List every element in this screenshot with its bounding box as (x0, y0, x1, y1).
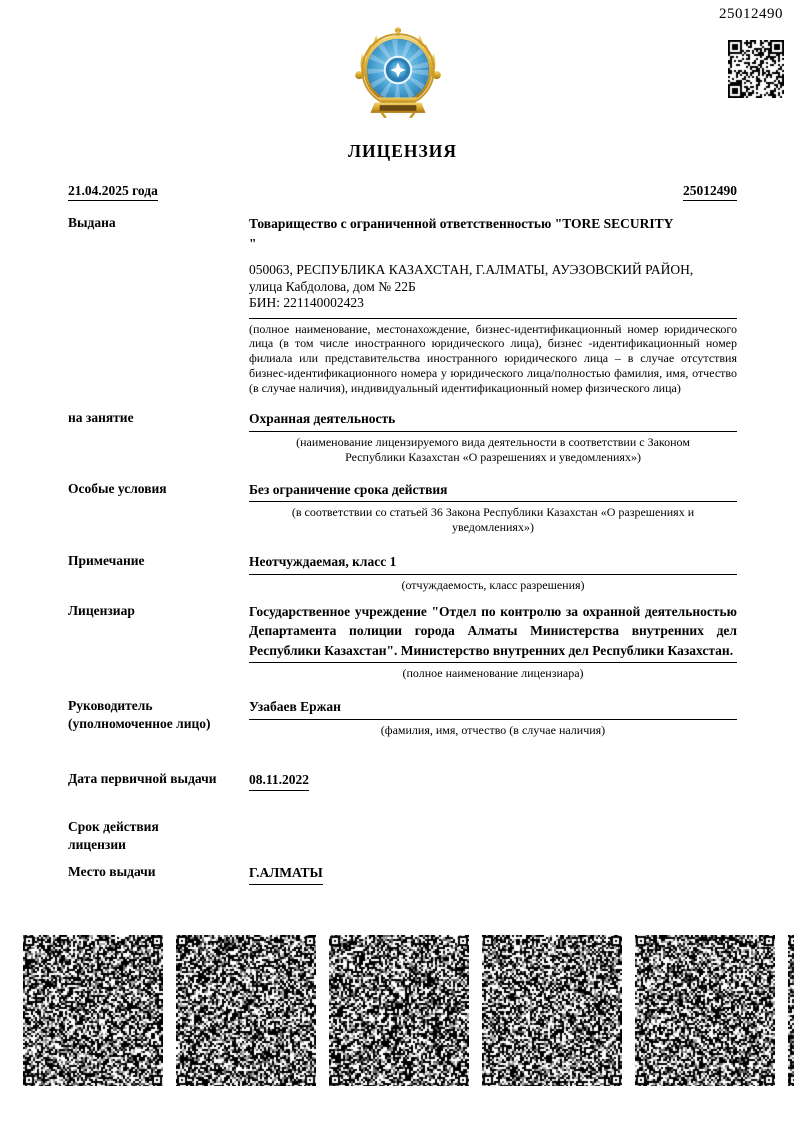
licensor-value: Государственное учреждение "Отдел по кон… (249, 602, 737, 664)
field-label: Примечание (68, 552, 249, 593)
signature-barcode-block-1 (23, 935, 163, 1086)
validity-label-line2: лицензии (68, 836, 239, 854)
field-activity: на занятие Охранная деятельность (наимен… (68, 409, 737, 465)
field-label: Место выдачи (68, 863, 249, 885)
field-explanation: (в соответствии со статьей 36 Закона Рес… (274, 505, 712, 535)
signature-barcode-block-2 (176, 935, 316, 1086)
document-body: ЛИЦЕНЗИЯ 21.04.2025 года 25012490 Выдана… (68, 141, 737, 885)
field-explanation: (наименование лицензируемого вида деятел… (274, 435, 712, 465)
address-line1: 050063, РЕСПУБЛИКА КАЗАХСТАН, Г.АЛМАТЫ, … (249, 262, 737, 279)
head-value: Узабаев Ержан (249, 697, 737, 720)
signature-barcode-block-4 (482, 935, 622, 1086)
field-label: Руководитель (уполномоченное лицо) (68, 697, 249, 738)
field-label: Особые условия (68, 480, 249, 536)
validity-value-empty (249, 818, 737, 854)
company-address: 050063, РЕСПУБЛИКА КАЗАХСТАН, Г.АЛМАТЫ, … (249, 262, 737, 312)
bin-line: БИН: 221140002423 (249, 295, 737, 312)
license-number: 25012490 (683, 183, 737, 201)
issue-line: 21.04.2025 года 25012490 (68, 183, 737, 201)
head-label-line1: Руководитель (68, 697, 239, 715)
field-validity-period: Срок действия лицензии (68, 818, 737, 854)
field-explanation: (отчуждаемость, класс разрешения) (274, 578, 712, 593)
field-explanation: (полное наименование лицензиара) (274, 666, 712, 681)
signature-barcode-block-clipped (788, 935, 794, 1086)
field-label: на занятие (68, 409, 249, 465)
page-title: ЛИЦЕНЗИЯ (68, 141, 737, 162)
issue-place-value: Г.АЛМАТЫ (249, 863, 323, 885)
kazakhstan-coat-of-arms-icon (347, 24, 449, 123)
company-name-line2: " (249, 234, 737, 254)
special-conditions-value: Без ограничение срока действия (249, 480, 737, 503)
signature-barcode-block-3 (329, 935, 469, 1086)
field-special-conditions: Особые условия Без ограничение срока дей… (68, 480, 737, 536)
field-explanation: (фамилия, имя, отчество (в случае наличи… (274, 723, 712, 738)
first-issue-date-value: 08.11.2022 (249, 770, 309, 792)
address-line2: улица Кабдолова, дом № 22Б (249, 279, 737, 296)
license-document-page: 25012490 (0, 0, 794, 1123)
activity-value: Охранная деятельность (249, 409, 737, 432)
field-first-issue-date: Дата первичной выдачи 08.11.2022 (68, 770, 737, 792)
document-number-top-right: 25012490 (719, 6, 783, 23)
company-name-line1: Товарищество с ограниченной ответственно… (249, 214, 737, 234)
field-label: Выдана (68, 214, 249, 395)
validity-label-line1: Срок действия (68, 818, 239, 836)
field-issued-to: Выдана Товарищество с ограниченной ответ… (68, 214, 737, 395)
field-explanation: (полное наименование, местонахождение, б… (249, 318, 737, 396)
field-label: Срок действия лицензии (68, 818, 249, 854)
signature-barcode-block-5 (635, 935, 775, 1086)
qr-code-icon (728, 40, 784, 98)
field-head: Руководитель (уполномоченное лицо) Узаба… (68, 697, 737, 738)
field-label: Лицензиар (68, 602, 249, 682)
field-remark: Примечание Неотчуждаемая, класс 1 (отчуж… (68, 552, 737, 593)
field-licensor: Лицензиар Государственное учреждение "От… (68, 602, 737, 682)
field-issue-place: Место выдачи Г.АЛМАТЫ (68, 863, 737, 885)
remark-value: Неотчуждаемая, класс 1 (249, 552, 737, 575)
head-label-line2: (уполномоченное лицо) (68, 715, 239, 733)
signature-barcode-strip (23, 935, 794, 1086)
issue-date: 21.04.2025 года (68, 183, 158, 201)
field-label: Дата первичной выдачи (68, 770, 249, 792)
